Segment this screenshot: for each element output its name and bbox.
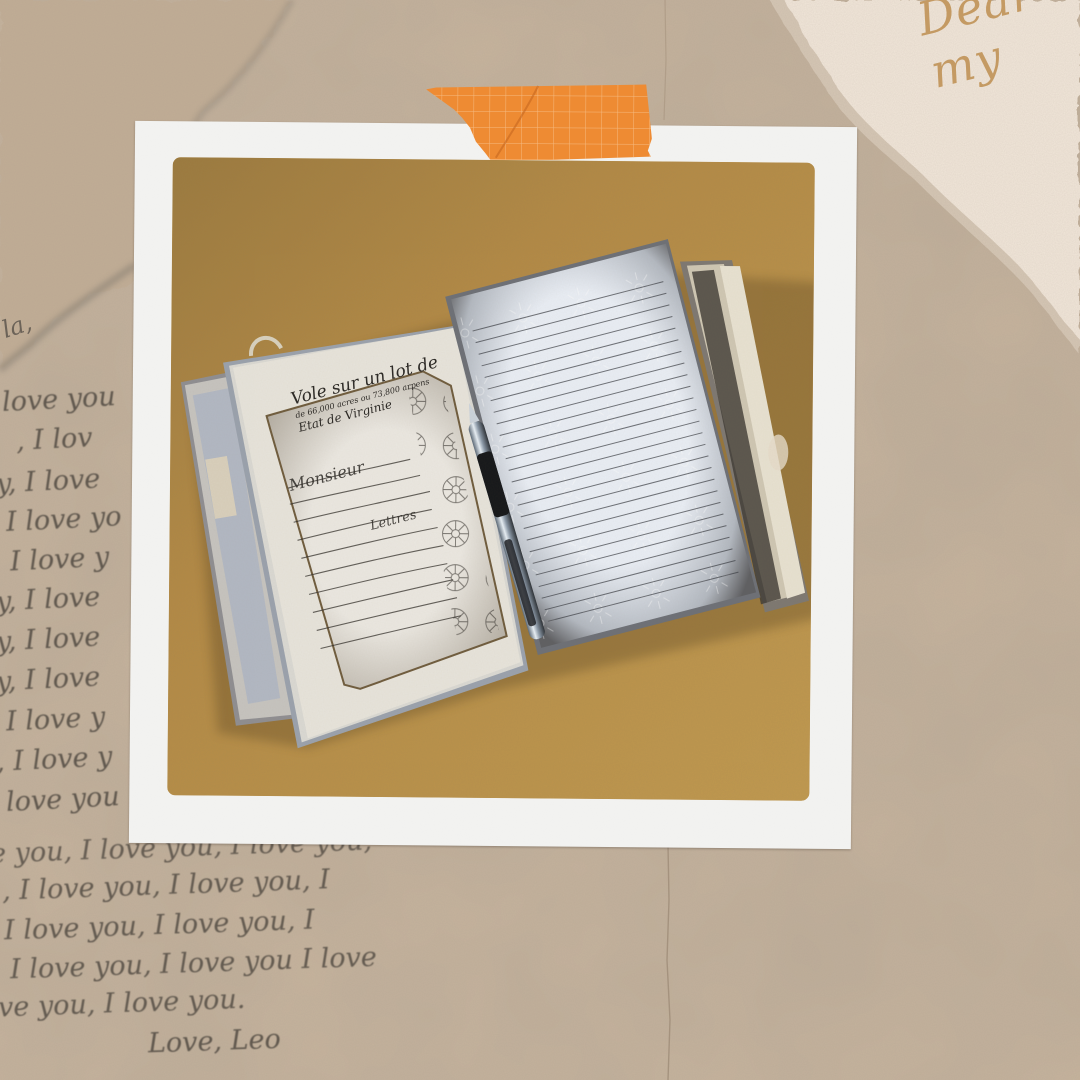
love-letter-line: I love you, I love you I love — [10, 942, 378, 986]
love-letter-signature: Love, Leo — [147, 1024, 281, 1060]
washi-tape — [426, 79, 652, 160]
love-letter-line: y, I love — [0, 621, 101, 657]
photo-frame: Vole sur un lot de de 66,000 acres ou 73… — [129, 121, 857, 849]
journal-photo-art — [167, 157, 815, 801]
love-letter-line: , I lov — [15, 422, 93, 457]
love-letter-line: y, I love — [0, 463, 101, 499]
love-letter-line: love you — [5, 781, 120, 818]
love-letter-line: I love you, I love you, I — [4, 905, 316, 947]
love-letter-line: ve you, I love you. — [0, 984, 246, 1024]
love-letter-left: love you , I lov y, I love I love yo I l… — [0, 380, 132, 840]
love-letter-line: love you — [1, 381, 116, 418]
love-letter-line: , I love you, I love you, I — [2, 864, 331, 906]
washi-tape-art — [426, 79, 652, 160]
love-letter-line: I love y — [5, 701, 106, 737]
love-letter-line: y, I love — [0, 581, 101, 617]
love-letter-line: y, I love — [0, 661, 101, 697]
love-letter-line: I love y — [9, 541, 110, 577]
journal-photo: Vole sur un lot de de 66,000 acres ou 73… — [167, 157, 815, 801]
love-letter-line: , I love y — [0, 741, 113, 778]
love-letter-line: I love yo — [5, 501, 122, 538]
love-letter-bottom: e you, I love you, I love you, , I love … — [0, 830, 430, 1070]
